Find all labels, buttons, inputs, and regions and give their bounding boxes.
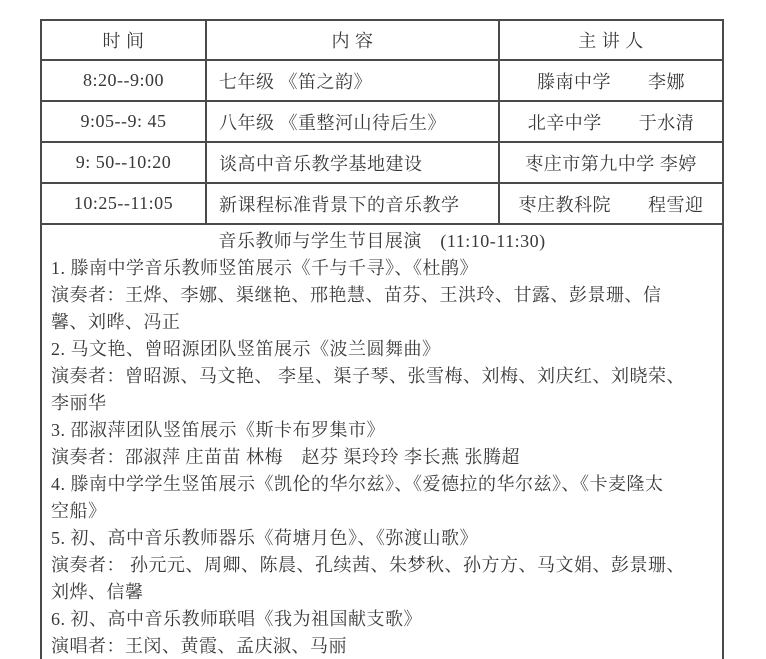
showcase-line-1: 1. 滕南中学音乐教师竖笛展示《千与千寻》、《杜鹃》 xyxy=(51,255,713,282)
row-1-content: 七年级 《笛之韵》 xyxy=(206,60,499,101)
row-1-speaker: 滕南中学 李娜 xyxy=(499,60,723,101)
showcase-line-8: 演奏者：邵淑萍 庄苗苗 林梅 赵芬 渠玲玲 李长燕 张腾超 xyxy=(51,444,713,471)
header-content: 内 容 xyxy=(206,20,499,60)
row-3-time: 9: 50--10:20 xyxy=(41,142,206,183)
row-1-time: 8:20--9:00 xyxy=(41,60,206,101)
showcase-line-9: 4. 滕南中学学生竖笛展示《凯伦的华尔兹》、《爱德拉的华尔兹》、《卡麦隆太 xyxy=(51,471,713,498)
showcase-line-4: 2. 马文艳、曾昭源团队竖笛展示《波兰圆舞曲》 xyxy=(51,336,713,363)
row-3-content: 谈高中音乐教学基地建设 xyxy=(206,142,499,183)
row-2-time: 9:05--9: 45 xyxy=(41,101,206,142)
showcase-row: 音乐教师与学生节目展演 (11:10-11:30) 1. 滕南中学音乐教师竖笛展… xyxy=(41,224,723,659)
table-row: 10:25--11:05 新课程标准背景下的音乐教学 枣庄教科院 程雪迎 xyxy=(41,183,723,224)
row-3-speaker: 枣庄市第九中学 李婷 xyxy=(499,142,723,183)
table-row: 9: 50--10:20 谈高中音乐教学基地建设 枣庄市第九中学 李婷 xyxy=(41,142,723,183)
showcase-line-12: 演奏者： 孙元元、周卿、陈晨、孔续茜、朱梦秋、孙方方、马文娟、彭景珊、 xyxy=(51,552,713,579)
showcase-cell: 音乐教师与学生节目展演 (11:10-11:30) 1. 滕南中学音乐教师竖笛展… xyxy=(41,224,723,659)
showcase-title: 音乐教师与学生节目展演 (11:10-11:30) xyxy=(51,228,713,255)
showcase-line-11: 5. 初、高中音乐教师器乐《荷塘月色》、《弥渡山歌》 xyxy=(51,525,713,552)
showcase-line-6: 李丽华 xyxy=(51,390,713,417)
row-4-time: 10:25--11:05 xyxy=(41,183,206,224)
showcase-line-10: 空船》 xyxy=(51,498,713,525)
row-2-speaker: 北辛中学 于水清 xyxy=(499,101,723,142)
showcase-line-3: 馨、刘晔、冯正 xyxy=(51,309,713,336)
showcase-line-14: 6. 初、高中音乐教师联唱《我为祖国献支歌》 xyxy=(51,606,713,633)
table-row: 9:05--9: 45 八年级 《重整河山待后生》 北辛中学 于水清 xyxy=(41,101,723,142)
header-speaker: 主 讲 人 xyxy=(499,20,723,60)
showcase-line-13: 刘烨、信馨 xyxy=(51,579,713,606)
header-time: 时 间 xyxy=(41,20,206,60)
table-header-row: 时 间 内 容 主 讲 人 xyxy=(41,20,723,60)
row-4-content: 新课程标准背景下的音乐教学 xyxy=(206,183,499,224)
showcase-line-15: 演唱者：王闵、黄霞、孟庆淑、马丽 xyxy=(51,633,713,659)
document-page: 时 间 内 容 主 讲 人 8:20--9:00 七年级 《笛之韵》 滕南中学 … xyxy=(0,0,766,659)
showcase-line-2: 演奏者：王烨、李娜、渠继艳、邢艳慧、苗芬、王洪玲、甘露、彭景珊、信 xyxy=(51,282,713,309)
table-row: 8:20--9:00 七年级 《笛之韵》 滕南中学 李娜 xyxy=(41,60,723,101)
schedule-table: 时 间 内 容 主 讲 人 8:20--9:00 七年级 《笛之韵》 滕南中学 … xyxy=(40,19,724,659)
row-4-speaker: 枣庄教科院 程雪迎 xyxy=(499,183,723,224)
showcase-line-5: 演奏者：曾昭源、马文艳、 李星、渠子琴、张雪梅、刘梅、刘庆红、刘晓荣、 xyxy=(51,363,713,390)
row-2-content: 八年级 《重整河山待后生》 xyxy=(206,101,499,142)
showcase-line-7: 3. 邵淑萍团队竖笛展示《斯卡布罗集市》 xyxy=(51,417,713,444)
